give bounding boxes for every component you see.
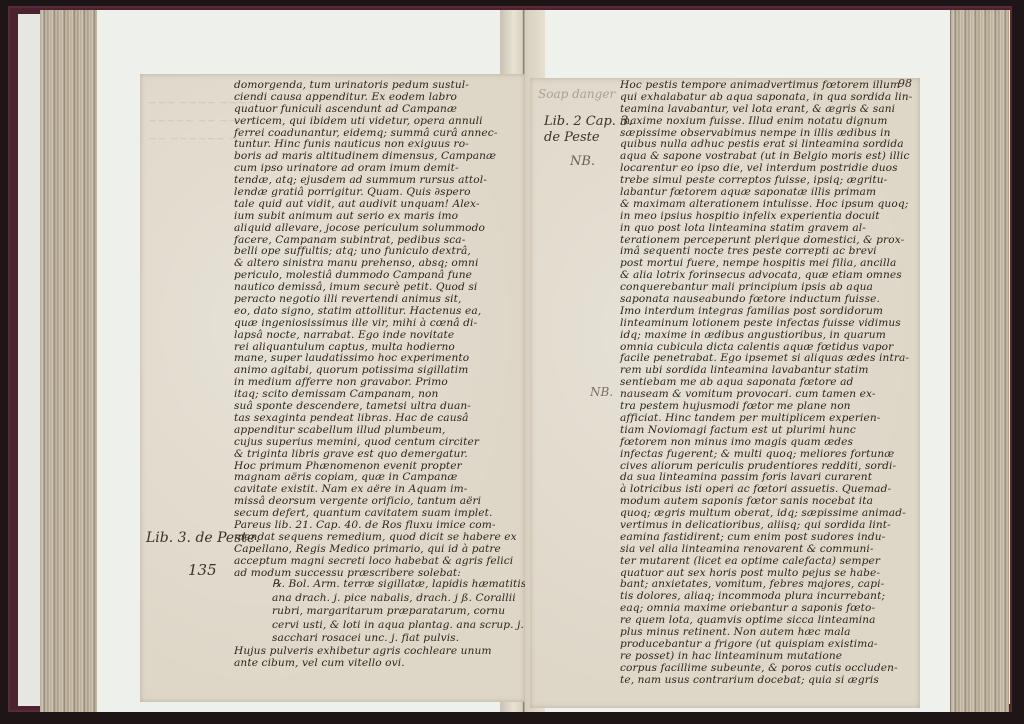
nb-note: NB. xyxy=(570,154,595,170)
manuscript-line: in meo ipsius hospitio infelix experient… xyxy=(620,211,912,223)
manuscript-line: itaq; scito demissam Campanam, non xyxy=(234,385,525,397)
recipe-line: cervi usti, & loti in aqua plantag. ana … xyxy=(234,616,525,629)
manuscript-line: quæ ingeniosissimus ille vir, mihi à cœn… xyxy=(234,314,525,326)
right-manuscript-page: 98 Soap danger Lib. 2 Cap. 3. de Peste N… xyxy=(530,78,920,708)
manuscript-line: ter mutarent (licet ea optime calefacta)… xyxy=(620,556,912,568)
manuscript-line: qui exhalabatur ab aqua saponata, in qua… xyxy=(620,92,912,104)
manuscript-line: magnam aëris copiam, quæ in Campanæ xyxy=(234,468,525,480)
faint-margin-header: Soap danger xyxy=(538,86,615,102)
manuscript-line: ferrei coadunantur, eidemq; summâ curâ a… xyxy=(234,124,525,136)
recipe-line: ℞. Bol. Arm. terræ sigillatæ, lapidis hæ… xyxy=(234,575,525,588)
manuscript-line: tas sexaginta pendeat libras. Hac de cau… xyxy=(234,409,525,421)
manuscript-line: appenditur scabellum illud plumbeum, xyxy=(234,421,525,433)
manuscript-line: re posset) in hac linteaminum mutatione xyxy=(620,651,912,663)
manuscript-line: in quo post lota linteamina statim grave… xyxy=(620,223,912,235)
manuscript-line: in medium afferre non gravabor. Primo xyxy=(234,373,525,385)
manuscript-line: idq; maxime in ædibus angustioribus, in … xyxy=(620,330,912,342)
manuscript-line: missâ deorsum vergente orificio, tantum … xyxy=(234,492,525,504)
manuscript-line: linteaminum lotionem peste infectas fuis… xyxy=(620,318,912,330)
manuscript-line: domorgenda, tum urinatoris pedum sustul- xyxy=(234,76,525,88)
manuscript-line: fœtorem non minus imo magis quam ædes xyxy=(620,437,912,449)
manuscript-line: boris ad maris altitudinem dimensus, Cam… xyxy=(234,147,525,159)
manuscript-line: quatuor funiculi ascendunt ad Campanæ xyxy=(234,100,525,112)
margin-reference-sub: de Peste xyxy=(544,130,600,146)
nb-note: NB. xyxy=(590,384,613,400)
manuscript-line: corpus facillime subeunte, & poros cutis… xyxy=(620,663,912,675)
manuscript-line: ciendi causa appenditur. Ex eodem labro xyxy=(234,88,525,100)
manuscript-line: & maximam alterationem intulisse. Hoc ip… xyxy=(620,199,912,211)
manuscript-line: belli ope suffultis; atq; uno funiculo d… xyxy=(234,242,525,254)
manuscript-line: producebantur a frigore (ut quispiam exi… xyxy=(620,639,912,651)
manuscript-line: maxime noxium fuisse. Illud enim notatu … xyxy=(620,116,912,128)
manuscript-line: ium subit animum aut serio ex maris imo xyxy=(234,207,525,219)
right-page-edges xyxy=(950,10,1009,712)
left-page-body: domorgenda, tum urinatoris pedum sustul-… xyxy=(234,76,525,666)
manuscript-line: Capellano, Regis Medico primario, qui id… xyxy=(234,540,525,552)
manuscript-line: eo, dato signo, statim attollitur. Hacte… xyxy=(234,302,525,314)
manuscript-line: cavitate existit. Nam ex aëre in Aquam i… xyxy=(234,480,525,492)
recipe-line: ana drach. j. pice nabalis, drach. j ß. … xyxy=(234,589,525,602)
manuscript-line: lapsâ nocte, narrabat. Ego inde novitate xyxy=(234,326,525,338)
manuscript-line: tiam Noviomagi factum est ut plurimi hun… xyxy=(620,425,912,437)
manuscript-line: rei aliquantulum captus, multa hodierno xyxy=(234,338,525,350)
right-page-body: Hoc pestis tempore animadvertimus fœtore… xyxy=(620,80,912,686)
manuscript-line: teamina lavabantur, vel lota erant, & æg… xyxy=(620,104,912,116)
recipe-line: rubri, margaritarum præparatarum, cornu xyxy=(234,602,525,615)
manuscript-line: infectas fugerent; & multi quoq; meliore… xyxy=(620,449,912,461)
manuscript-line: mendat sequens remedium, quod dicit se h… xyxy=(234,528,525,540)
manuscript-line: secum defert, quantum cavitatem suam imp… xyxy=(234,504,525,516)
manuscript-line: suâ sponte descendere, tametsi ultra dua… xyxy=(234,397,525,409)
manuscript-line: nautico demissâ, imum securè petit. Quod… xyxy=(234,278,525,290)
manuscript-line: Pareus lib. 21. Cap. 40. de Ros fluxu im… xyxy=(234,516,525,528)
left-manuscript-page: ~~~ ~~~~ ~~~~~~~~~~ ~~ ~~~~~~ ~~~~~~ ~~~… xyxy=(140,74,525,702)
manuscript-line: tendæ, atq; ejusdem ad summum rursus att… xyxy=(234,171,525,183)
manuscript-line: eamina fastidirent; cum enim post sudore… xyxy=(620,532,912,544)
left-page-edges xyxy=(40,10,98,712)
manuscript-line: animo agitabi, quorum potissima sigillat… xyxy=(234,361,525,373)
manuscript-line: periculo, molestiâ dummodo Campanâ fune xyxy=(234,266,525,278)
manuscript-line: aliquid allevare, jocose periculum solum… xyxy=(234,219,525,231)
manuscript-line: cujus superius memini, quod centum circi… xyxy=(234,433,525,445)
manuscript-line: sia vel alia linteamina renovarent & com… xyxy=(620,544,912,556)
manuscript-line: & altero sinistra manu prehenso, absq; o… xyxy=(234,254,525,266)
margin-reference: Lib. 3. de Peste. xyxy=(146,530,260,546)
margin-number: 135 xyxy=(188,562,217,578)
manuscript-line: Hoc primum Phænomenon evenit propter xyxy=(234,457,525,469)
manuscript-line: & triginta libris grave est quo demergat… xyxy=(234,445,525,457)
manuscript-line: mane, super laudatissimo hoc experimento xyxy=(234,349,525,361)
manuscript-line: peracto negotio illi revertendi animus s… xyxy=(234,290,525,302)
closing-line: Hujus pulveris exhibetur agris cochleare… xyxy=(234,642,525,654)
manuscript-line: verticem, qui ibidem uti videtur, opera … xyxy=(234,112,525,124)
manuscript-line: tale quid aut vidit, aut audivit unquam!… xyxy=(234,195,525,207)
manuscript-line: acceptum magni secreti loco habebat & ag… xyxy=(234,552,525,564)
manuscript-line: te, nam usus contrarium docebat; quia si… xyxy=(620,675,912,687)
